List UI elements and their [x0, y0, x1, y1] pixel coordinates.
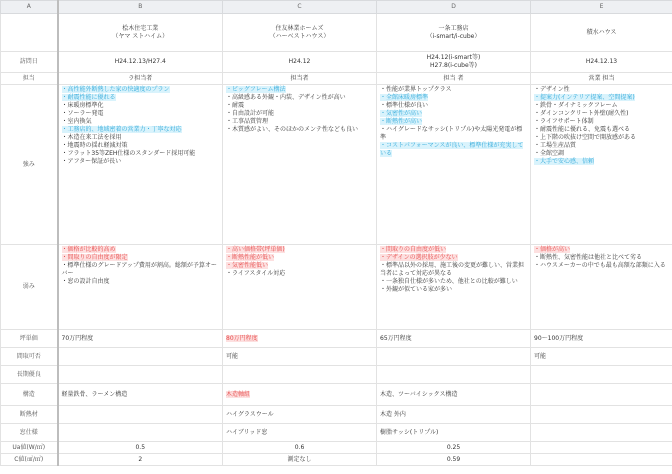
cell-insulation-c[interactable]: ハイグラスウール: [223, 406, 377, 424]
cell-line: ・ソーラー発電: [62, 110, 220, 118]
structure-row: 構造 軽量鉄骨、ラーメン構造 木造軸組 木造、ツーバイシックス構造: [1, 384, 672, 406]
cell-window-b[interactable]: [58, 424, 223, 442]
row-label-weaknesses[interactable]: 弱み: [1, 245, 58, 330]
cell-line: ・上下階の吹抜け空間で開放感がある: [534, 134, 669, 142]
cell-tsubo-price-b[interactable]: 70万円程度: [58, 330, 223, 348]
cell-ua-e[interactable]: [531, 442, 672, 454]
cell-c-value-d[interactable]: 0.59: [377, 454, 531, 466]
window-row: 窓仕様 ハイブリッド窓 樹脂サッシ(トリプル): [1, 424, 672, 442]
cell-visit-date-e[interactable]: H24.12.13: [531, 52, 672, 73]
cell-line: ・ダインコンクリート外壁(耐久性): [534, 110, 669, 118]
cell-line: ・高級感ある外観・内装、デザイン性が高い: [226, 94, 373, 102]
cell-insulation-d[interactable]: 木造 外内: [377, 406, 531, 424]
weaknesses-row: 弱み ・価格が比較的高め・間取りの自由度が限定・標準仕様のグレードアップ費用が割…: [1, 245, 672, 330]
cell-line: ・ライフスタイル対応: [226, 270, 373, 278]
cell-line: ・耐震性能に優れる: [62, 94, 220, 102]
cell-line: ・標準仕様のグレードアップ費用が割高。総額が予算オーバー: [62, 262, 220, 278]
cell-line: ・工務店的、地域密着の営業力・丁寧な対応: [62, 126, 220, 134]
row-label-ua[interactable]: Ua値(W/㎡): [1, 442, 58, 454]
cell-line: ・全館床暖房標準: [380, 94, 527, 102]
cell-strengths-e[interactable]: ・デザイン性・提案力(インテリア提案、空間提案)・鉄骨・ダイナミックフレーム・ダ…: [531, 85, 672, 245]
cell-line: ・工場生産品質: [534, 142, 669, 150]
c-value-row: C値(㎠/㎡) 2 測定なし 0.59: [1, 454, 672, 466]
cell-line: ・全館空調: [534, 150, 669, 158]
cell-line: ・耐震性能に優れる、免震も選べる: [534, 126, 669, 134]
cell-visit-date-b[interactable]: H24.12.13/H27.4: [58, 52, 223, 73]
comparison-table: A B C D E 桧木住宅工業（ヤマ ストハイム） 住友林業ホームズ（ハーベス…: [0, 0, 672, 466]
row-label-tsubo-price[interactable]: 坪単価: [1, 330, 58, 348]
column-header-c[interactable]: C: [223, 1, 377, 14]
cell-weaknesses-e[interactable]: ・価格が高い・断熱性、気密性能は他社と比べて劣る・ハウスメーカーの中でも最も高額…: [531, 245, 672, 330]
rep-row: 担当 ラ担当者 担当者 担当 者 営業 担当: [1, 73, 672, 85]
cell-structure-b[interactable]: 軽量鉄骨、ラーメン構造: [58, 384, 223, 406]
cell-line: ・外観が似ている家が多い: [380, 286, 527, 294]
cell-insulation-e[interactable]: [531, 406, 672, 424]
column-header-d[interactable]: D: [377, 1, 531, 14]
cell-weaknesses-d[interactable]: ・間取りの自由度が低い・デザインの選択肢が少ない・標準品以外の採用、施工後の変更…: [377, 245, 531, 330]
cell-line: ・窓の設計自由度: [62, 278, 220, 286]
cell-line: ・アフター保証が長い: [62, 158, 220, 166]
cell-ldk-e[interactable]: 可能: [531, 348, 672, 366]
cell-long-life-e[interactable]: [531, 366, 672, 384]
cell-line: ・耐震: [226, 102, 373, 110]
cell-line: ・標準仕様が良い: [380, 102, 527, 110]
cell-long-life-c[interactable]: [223, 366, 377, 384]
cell-line: ・木質感がよい、そのほかのメンテ性なども良い: [226, 126, 373, 134]
cell-c-value-e[interactable]: [531, 454, 672, 466]
cell-line: ・提案力(インテリア提案、空間提案): [534, 94, 669, 102]
row-label-maker[interactable]: [1, 14, 58, 52]
row-label-ldk[interactable]: 間取可否: [1, 348, 58, 366]
cell-visit-date-c[interactable]: H24.12: [223, 52, 377, 73]
cell-tsubo-price-d[interactable]: 65万円程度: [377, 330, 531, 348]
cell-line: ・断熱性、気密性能は他社と比べて劣る: [534, 254, 669, 262]
cell-long-life-d[interactable]: [377, 366, 531, 384]
column-header-e[interactable]: E: [531, 1, 672, 14]
cell-line: ・室内換気: [62, 118, 220, 126]
column-header-a[interactable]: A: [1, 1, 58, 14]
cell-ua-b[interactable]: 0.5: [58, 442, 223, 454]
cell-line: ・断熱性能が低い: [226, 254, 373, 262]
column-header-row: A B C D E: [1, 1, 672, 14]
cell-maker-c[interactable]: 住友林業ホームズ（ハーベストハウス）: [223, 14, 377, 52]
cell-long-life-b[interactable]: [58, 366, 223, 384]
cell-line: ・ライフサポート体制: [534, 118, 669, 126]
cell-strengths-b[interactable]: ・高性能外断熱した家の快適度のプラン・耐震性能に優れる・床暖房標準化・ソーラー発…: [58, 85, 223, 245]
cell-line: ・価格が比較的高め: [62, 246, 220, 254]
cell-window-c[interactable]: ハイブリッド窓: [223, 424, 377, 442]
cell-line: ・間取りの自由度が低い: [380, 246, 527, 254]
cell-ua-c[interactable]: 0.6: [223, 442, 377, 454]
cell-line: ・地震時の揺れ軽減対策: [62, 142, 220, 150]
cell-maker-b[interactable]: 桧木住宅工業（ヤマ ストハイム）: [58, 14, 223, 52]
cell-maker-e[interactable]: 積水ハウス: [531, 14, 672, 52]
cell-weaknesses-c[interactable]: ・高い価格帯(坪単価)・断熱性能が低い・気密性能低い・ライフスタイル対応: [223, 245, 377, 330]
column-header-b[interactable]: B: [58, 1, 223, 14]
cell-line: ・一条独自仕様が多いため、他社との比較が難しい: [380, 278, 527, 286]
cell-rep-e[interactable]: 営業 担当: [531, 73, 672, 85]
row-label-insulation[interactable]: 断熱材: [1, 406, 58, 424]
row-label-c-value[interactable]: C値(㎠/㎡): [1, 454, 58, 466]
cell-c-value-c[interactable]: 測定なし: [223, 454, 377, 466]
cell-maker-d[interactable]: 一条工務店（i-smart/i-cube）: [377, 14, 531, 52]
cell-ua-d[interactable]: 0.25: [377, 442, 531, 454]
row-label-structure[interactable]: 構造: [1, 384, 58, 406]
cell-line: ・木造在来工法を採用: [62, 134, 220, 142]
cell-visit-date-d[interactable]: H24.12(i-smart等)H27.8(i-cube等): [377, 52, 531, 73]
cell-line: ・気密性能低い: [226, 262, 373, 270]
cell-insulation-b[interactable]: [58, 406, 223, 424]
row-label-window[interactable]: 窓仕様: [1, 424, 58, 442]
row-label-rep[interactable]: 担当: [1, 73, 58, 85]
cell-line: ・性能が業界トップクラス: [380, 86, 527, 94]
strengths-row: 強み ・高性能外断熱した家の快適度のプラン・耐震性能に優れる・床暖房標準化・ソー…: [1, 85, 672, 245]
cell-c-value-b[interactable]: 2: [58, 454, 223, 466]
cell-line: ・ハウスメーカーの中でも最も高額な部類に入る: [534, 262, 669, 270]
cell-line: ・自由設計が可能: [226, 110, 373, 118]
ua-row: Ua値(W/㎡) 0.5 0.6 0.25: [1, 442, 672, 454]
cell-strengths-c[interactable]: ・ビッグフレーム構法・高級感ある外観・内装、デザイン性が高い・耐震・自由設計が可…: [223, 85, 377, 245]
cell-rep-d[interactable]: 担当 者: [377, 73, 531, 85]
ldk-row: 間取可否 可能 可能: [1, 348, 672, 366]
cell-line: ・高性能外断熱した家の快適度のプラン: [62, 86, 220, 94]
cell-ldk-c[interactable]: 可能: [223, 348, 377, 366]
visit-date-row: 訪問日 H24.12.13/H27.4 H24.12 H24.12(i-smar…: [1, 52, 672, 73]
cell-line: ・大手で安心感、信頼: [534, 158, 669, 166]
cell-line: ・価格が高い: [534, 246, 669, 254]
cell-line: ・標準品以外の採用、施工後の変更が難しい、営業担当者によって対応が異なる: [380, 262, 527, 278]
cell-structure-d[interactable]: 木造、ツーバイシックス構造: [377, 384, 531, 406]
cell-line: ・鉄骨・ダイナミックフレーム: [534, 102, 669, 110]
cell-line: ・ビッグフレーム構法: [226, 86, 373, 94]
cell-line: ・フラット35等ZEH仕様のスタンダード採用可能: [62, 150, 220, 158]
cell-line: ・ハイグレードなサッシ(トリプル)や太陽光発電が標準: [380, 126, 527, 142]
cell-line: ・間取りの自由度が限定: [62, 254, 220, 262]
cell-line: ・断熱性が高い: [380, 118, 527, 126]
long-life-row: 長期優良: [1, 366, 672, 384]
cell-weaknesses-b[interactable]: ・価格が比較的高め・間取りの自由度が限定・標準仕様のグレードアップ費用が割高。総…: [58, 245, 223, 330]
tsubo-price-row: 坪単価 70万円程度 80万円程度 65万円程度 90〜100万円程度: [1, 330, 672, 348]
cell-window-e[interactable]: [531, 424, 672, 442]
cell-strengths-d[interactable]: ・性能が業界トップクラス・全館床暖房標準・標準仕様が良い・気密性が高い・断熱性が…: [377, 85, 531, 245]
cell-structure-c[interactable]: 木造軸組: [223, 384, 377, 406]
row-label-visit-date[interactable]: 訪問日: [1, 52, 58, 73]
row-label-strengths[interactable]: 強み: [1, 85, 58, 245]
cell-line: ・コストパフォーマンスが良い、標準仕様が充実している: [380, 142, 527, 158]
cell-line: ・床暖房標準化: [62, 102, 220, 110]
cell-rep-b[interactable]: ラ担当者: [58, 73, 223, 85]
cell-tsubo-price-c[interactable]: 80万円程度: [223, 330, 377, 348]
cell-line: ・デザインの選択肢が少ない: [380, 254, 527, 262]
cell-line: ・気密性が高い: [380, 110, 527, 118]
row-label-long-life[interactable]: 長期優良: [1, 366, 58, 384]
cell-window-d[interactable]: 樹脂サッシ(トリプル): [377, 424, 531, 442]
cell-ldk-d[interactable]: [377, 348, 531, 366]
cell-tsubo-price-e[interactable]: 90〜100万円程度: [531, 330, 672, 348]
spreadsheet: A B C D E 桧木住宅工業（ヤマ ストハイム） 住友林業ホームズ（ハーベス…: [0, 0, 672, 474]
insulation-row: 断熱材 ハイグラスウール 木造 外内: [1, 406, 672, 424]
cell-line: ・高い価格帯(坪単価): [226, 246, 373, 254]
cell-ldk-b[interactable]: [58, 348, 223, 366]
cell-rep-c[interactable]: 担当者: [223, 73, 377, 85]
cell-line: ・デザイン性: [534, 86, 669, 94]
cell-structure-e[interactable]: [531, 384, 672, 406]
maker-row: 桧木住宅工業（ヤマ ストハイム） 住友林業ホームズ（ハーベストハウス） 一条工務…: [1, 14, 672, 52]
cell-line: ・工事品質管理: [226, 118, 373, 126]
